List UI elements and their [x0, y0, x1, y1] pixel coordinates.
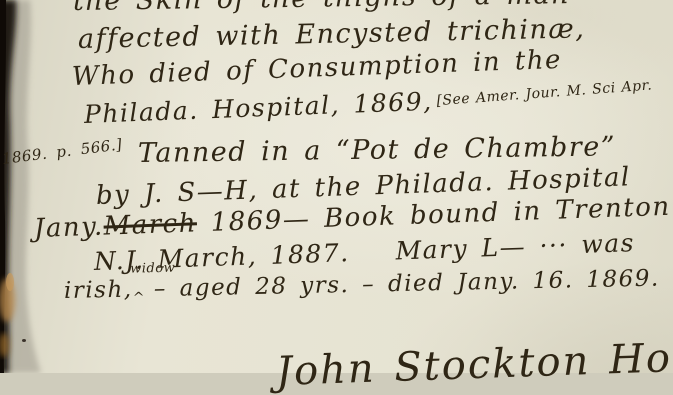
manuscript-page: the Skin of the thighs of a man affected… [0, 0, 673, 373]
paper-stain-small [6, 273, 14, 291]
manuscript-line-5: Tanned in a “Pot de Chambre” [138, 131, 616, 169]
inserted-word-above-line: widow [130, 261, 175, 277]
book-gutter-edge [0, 0, 46, 373]
line4-main-text: Philada. Hospital, 1869, [83, 87, 433, 129]
line7-prefix-text: Jany. [33, 212, 104, 244]
line4-citation-text: [See Amer. Jour. M. Sci Apr. [436, 77, 653, 109]
insertion-caret: ^ [133, 290, 147, 306]
caret-insertion: widow^ [132, 276, 146, 302]
line9-prefix-text: irish, [64, 277, 133, 304]
struck-through-word: March [103, 208, 197, 241]
line8-right-text: Mary L— ··· was [395, 228, 635, 265]
ink-speck [22, 339, 26, 342]
signature-clipped-at-bottom: John Stockton Hough [275, 332, 673, 373]
manuscript-line-9: irish,widow^– aged 28 yrs. – died Jany. … [64, 266, 660, 308]
